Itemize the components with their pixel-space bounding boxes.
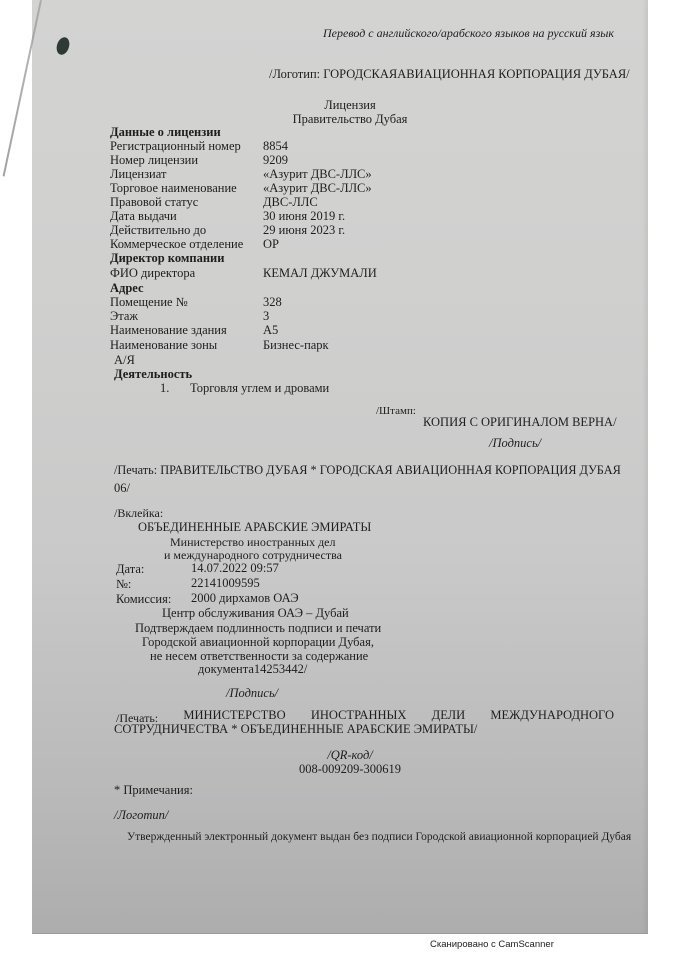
document-subtitle: Правительство Дубая [280,112,420,126]
seal-1-line-1: /Печать: ПРАВИТЕЛЬСТВО ДУБАЯ * ГОРОДСКАЯ… [114,463,621,477]
row-value: A5 [263,323,278,337]
row-value: КЕМАЛ ДЖУМАЛИ [263,266,377,280]
insert-ministry-line-1: Министерство иностранных дел [170,535,336,549]
row-label: Этаж [110,309,138,323]
insert-field-label: №: [116,577,131,591]
row-value: «Азурит ДВС-ЛЛС» [263,167,372,181]
row-label: Коммерческое отделение [110,237,243,251]
approval-note: Утвержденный электронный документ выдан … [127,830,631,844]
row-value: 9209 [263,153,288,167]
row-label: А/Я [114,353,135,367]
row-label: Дата выдачи [110,209,177,223]
row-label: Регистрационный номер [110,139,241,153]
row-value: Бизнес-парк [263,338,329,352]
insert-field-label: Комиссия: [116,592,171,606]
row-label: Торговое наименование [110,181,237,195]
insert-confirm-line: Городской авиационной корпорации Дубая, [142,635,374,649]
row-value: 3 [263,309,269,323]
insert-center: Центр обслуживания ОАЭ – Дубай [162,606,349,620]
page-shadow [642,0,648,933]
document-title: Лицензия [300,98,400,112]
seal-1-line-2: 06/ [114,481,130,495]
insert-confirm-line: Подтверждаем подлинность подписи и печат… [135,621,381,635]
address-section-heading: Адрес [110,281,144,295]
row-label: Наименование зоны [110,338,217,352]
license-section-heading: Данные о лицензии [110,125,221,139]
notes-label: * Примечания: [114,783,193,797]
row-value: «Азурит ДВС-ЛЛС» [263,181,372,195]
activity-item-number: 1. [160,381,169,395]
stamp-signature: /Подпись/ [489,436,541,450]
translation-note: Перевод с английского/арабского языков н… [323,26,614,40]
row-label: Номер лицензии [110,153,198,167]
qr-code-number: 008-009209-300619 [280,762,420,776]
row-value: 30 июня 2019 г. [263,209,345,223]
row-value: 8854 [263,139,288,153]
row-label: Лицензиат [110,167,166,181]
row-value: 328 [263,295,282,309]
insert-ministry-line-2: и международного сотрудничества [164,548,342,562]
insert-label: /Вклейка: [114,506,163,520]
row-label: Наименование здания [110,323,227,337]
logo-footer: /Логотип/ [114,808,168,822]
insert-confirm-line: документа14253442/ [198,662,307,676]
row-value: 29 июня 2023 г. [263,223,345,237]
insert-country: ОБЪЕДИНЕННЫЕ АРАБСКИЕ ЭМИРАТЫ [138,520,371,534]
row-label: Помещение № [110,295,188,309]
director-section-heading: Директор компании [110,251,224,265]
row-label: Правовой статус [110,195,198,209]
insert-field-value: 22141009595 [191,576,260,590]
seal-2-line-2: СОТРУДНИЧЕСТВА * ОБЪЕДИНЕННЫЕ АРАБСКИЕ Э… [114,722,477,736]
camscanner-watermark: Сканировано с CamScanner [430,939,554,950]
insert-confirm-line: не несем ответственности за содержание [150,649,368,663]
activity-section-heading: Деятельность [114,367,192,381]
insert-signature: /Подпись/ [226,686,278,700]
row-value: ДВС-ЛЛС [263,195,318,209]
insert-field-value: 2000 дирхамов ОАЭ [191,591,299,605]
row-label: Действительно до [110,223,206,237]
row-value: OP [263,237,279,251]
logo-header: /Логотип: ГОРОДСКАЯАВИАЦИОННАЯ КОРПОРАЦИ… [269,67,630,81]
insert-field-value: 14.07.2022 09:57 [191,561,279,575]
stamp-prefix: /Штамп: [376,404,416,418]
insert-field-label: Дата: [116,562,144,576]
stamp-text: КОПИЯ С ОРИГИНАЛОМ ВЕРНА/ [423,415,617,429]
qr-code-label: /QR-код/ [300,748,400,762]
row-label: ФИО директора [110,266,195,280]
activity-item-text: Торговля углем и дровами [190,381,329,395]
seal-2-word: МЕЖДУНАРОДНОГО [490,708,614,726]
